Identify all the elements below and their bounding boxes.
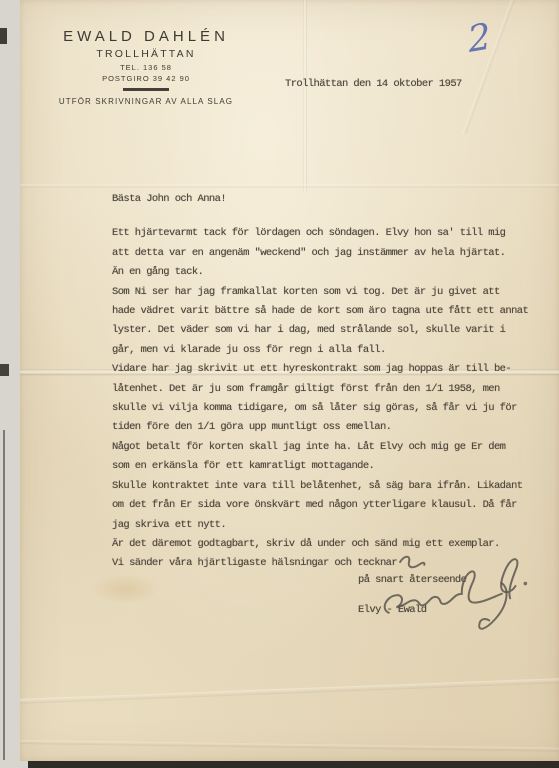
letterhead-name: EWALD DAHLÉN <box>40 28 252 45</box>
scan-edge-mark <box>0 364 9 376</box>
fold-crease-horizontal <box>20 740 559 752</box>
text-line: om det från Er sida vore önskvärt med nå… <box>112 496 542 515</box>
fold-crease-horizontal-faint <box>20 184 559 188</box>
scanned-letter-page: { "colors": { "paper": "#ebdfc4", "ink_t… <box>0 0 559 768</box>
text-line: låtenhet. Det är ju som framgår giltigt … <box>112 380 542 399</box>
tecknar-flourish <box>400 556 425 568</box>
text-line: skulle vi vilja komma tidigare, om så lå… <box>112 399 542 418</box>
scan-bottom-shadow <box>28 761 559 768</box>
text-line: jag skriva ett nytt. <box>112 516 542 535</box>
text-line: Som Ni ser har jag framkallat korten som… <box>112 283 542 302</box>
closing-flourish <box>500 559 519 599</box>
flourish-dot <box>523 582 527 586</box>
paragraph: Vidare har jag skrivit ut ett hyreskontr… <box>112 360 542 438</box>
paragraph: Som Ni ser har jag framkallat korten som… <box>112 283 542 361</box>
fold-crease-diagonal <box>20 677 559 705</box>
letterhead: EWALD DAHLÉN TROLLHÄTTAN TEL. 136 58 POS… <box>40 28 252 106</box>
letterhead-tagline: UTFÖR SKRIVNINGAR AV ALLA SLAG <box>40 97 252 106</box>
scan-edge-mark <box>0 28 7 44</box>
letterhead-telephone: TEL. 136 58 <box>40 63 252 72</box>
handwritten-page-number: 2 <box>466 16 493 61</box>
text-line: hade vädret varit bättre så hade de kort… <box>112 302 542 321</box>
letterhead-city: TROLLHÄTTAN <box>40 48 252 60</box>
signature-tail-stroke <box>477 583 508 629</box>
signature-ewald-stroke <box>383 570 502 613</box>
text-line: tiden före den 1/1 göra upp muntligt oss… <box>112 418 542 437</box>
paragraph: Något betalt för korten skall jag inte h… <box>112 438 542 477</box>
letterhead-divider <box>123 88 169 91</box>
paragraph: Skulle kontraktet inte vara till belåten… <box>112 477 542 535</box>
paragraphs: Ett hjärtevarmt tack för lördagen och sö… <box>112 224 542 554</box>
text-line: Än en gång tack. <box>112 263 542 282</box>
text-line: Vidare har jag skrivit ut ett hyreskontr… <box>112 360 542 379</box>
text-line: Något betalt för korten skall jag inte h… <box>112 438 542 457</box>
text-line: Skulle kontraktet inte vara till belåten… <box>112 477 542 496</box>
paper-stain <box>90 574 160 604</box>
scan-edge-line <box>3 430 5 760</box>
letter-paper: EWALD DAHLÉN TROLLHÄTTAN TEL. 136 58 POS… <box>20 0 559 761</box>
fold-crease-vertical <box>303 0 307 193</box>
text-line: lyster. Det väder som vi har i dag, med … <box>112 321 542 340</box>
dateline: Trollhättan den 14 oktober 1957 <box>285 78 462 90</box>
text-line: som en erkänsla för ett kamratligt motta… <box>112 457 542 476</box>
signature-scribble <box>330 548 550 643</box>
letter-body: Bästa John och Anna! Ett hjärtevarmt tac… <box>112 190 542 574</box>
text-line: Ett hjärtevarmt tack för lördagen och sö… <box>112 224 542 243</box>
text-line: går, men vi klarade ju oss för regn i al… <box>112 341 542 360</box>
paragraph: Ett hjärtevarmt tack för lördagen och sö… <box>112 224 542 282</box>
letterhead-postgiro: POSTGIRO 39 42 90 <box>40 74 252 83</box>
salutation: Bästa John och Anna! <box>112 190 542 209</box>
text-line: att detta var en angenäm "weckend" och j… <box>112 244 542 263</box>
